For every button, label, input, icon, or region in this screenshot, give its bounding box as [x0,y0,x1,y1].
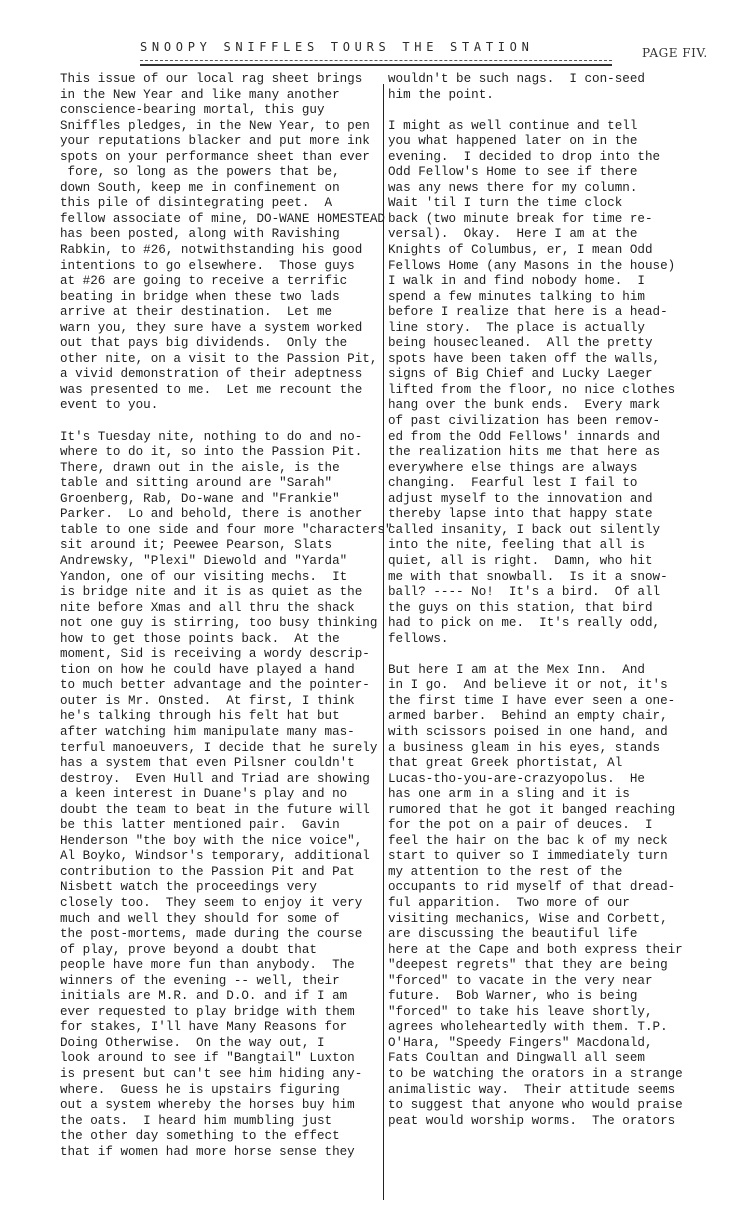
text-line: called insanity, I back out silently [388,523,718,539]
text-line: back (two minute break for time re- [388,212,718,228]
text-line: a vivid demonstration of their adeptness [60,367,380,383]
text-line: everywhere else things are always [388,461,718,477]
text-line: doubt the team to beat in the future wil… [60,803,380,819]
text-line: are discussing the beautiful life [388,927,718,943]
text-line: adjust myself to the innovation and [388,492,718,508]
text-line: peat would worship worms. The orators [388,1114,718,1130]
right-column: wouldn't be such nags. I con-seedhim the… [388,72,718,1129]
text-line: Wait 'til I turn the time clock [388,196,718,212]
title-underline [140,60,612,66]
text-line: sit around it; Peewee Pearson, Slats [60,538,380,554]
text-line: "deepest regrets" that they are being [388,958,718,974]
text-line: down South, keep me in confinement on [60,181,380,197]
text-line: of play, prove beyond a doubt that [60,943,380,959]
column-divider [383,84,384,1200]
text-line: Lucas-tho-you-are-crazyopolus. He [388,772,718,788]
text-line: that great Greek phortistat, Al [388,756,718,772]
text-line: versal). Okay. Here I am at the [388,227,718,243]
text-line: occupants to rid myself of that dread- [388,880,718,896]
text-line: This issue of our local rag sheet brings [60,72,380,88]
text-line: much and well they should for some of [60,912,380,928]
text-line: future. Bob Warner, who is being [388,989,718,1005]
text-line: contribution to the Passion Pit and Pat [60,865,380,881]
text-line: after watching him manipulate many mas- [60,725,380,741]
text-line: initials are M.R. and D.O. and if I am [60,989,380,1005]
text-line: look around to see if "Bangtail" Luxton [60,1051,380,1067]
text-line: be this latter mentioned pair. Gavin [60,818,380,834]
text-line: "forced" to take his leave shortly, [388,1005,718,1021]
text-line: Yandon, one of our visiting mechs. It [60,570,380,586]
text-line: Groenberg, Rab, Do-wane and "Frankie" [60,492,380,508]
text-line: fellows. [388,632,718,648]
text-line: me with that snowball. Is it a snow- [388,570,718,586]
text-line [388,103,718,119]
text-line: had to pick on me. It's really odd, [388,616,718,632]
text-line: that if women had more horse sense they [60,1145,380,1161]
text-line: Andrewsky, "Plexi" Diewold and "Yarda" [60,554,380,570]
text-line: ball? ---- No! It's a bird. Of all [388,585,718,601]
text-line: "forced" to vacate in the very near [388,974,718,990]
text-line: other nite, on a visit to the Passion Pi… [60,352,380,368]
text-line: was presented to me. Let me recount the [60,383,380,399]
text-line: table and sitting around are "Sarah" [60,476,380,492]
text-line: hang over the bunk ends. Every mark [388,398,718,414]
text-line: the oats. I heard him mumbling just [60,1114,380,1130]
text-line: the post-mortems, made during the course [60,927,380,943]
text-line: the first time I have ever seen a one- [388,694,718,710]
text-line: I might as well continue and tell [388,119,718,135]
text-line: has a system that even Pilsner couldn't [60,756,380,772]
text-line: you what happened later on in the [388,134,718,150]
text-line: tion on how he could have played a hand [60,663,380,679]
text-line: moment, Sid is receiving a wordy descrip… [60,647,380,663]
text-line: destroy. Even Hull and Triad are showing [60,772,380,788]
text-line: But here I am at the Mex Inn. And [388,663,718,679]
text-line: warn you, they sure have a system worked [60,321,380,337]
text-line: with scissors poised in one hand, and [388,725,718,741]
text-line: to suggest that anyone who would praise [388,1098,718,1114]
text-line: Doing Otherwise. On the way out, I [60,1036,380,1052]
text-line: before I realize that here is a head- [388,305,718,321]
text-line: where. Guess he is upstairs figuring [60,1083,380,1099]
text-line: arrive at their destination. Let me [60,305,380,321]
text-line: in the New Year and like many another [60,88,380,104]
page-number: PAGE FIV. [642,46,708,60]
text-line: feel the hair on the bac k of my neck [388,834,718,850]
text-line: Fellows Home (any Masons in the house) [388,259,718,275]
text-line: a business gleam in his eyes, stands [388,741,718,757]
text-line: not one guy is stirring, too busy thinki… [60,616,380,632]
text-line: Knights of Columbus, er, I mean Odd [388,243,718,259]
text-line: into the nite, feeling that all is [388,538,718,554]
text-line: table to one side and four more "charact… [60,523,380,539]
text-line: spots on your performance sheet than eve… [60,150,380,166]
text-line: out a system whereby the horses buy him [60,1098,380,1114]
text-line: in I go. And believe it or not, it's [388,678,718,694]
text-line: terful manoeuvers, I decide that he sure… [60,741,380,757]
text-line: for stakes, I'll have Many Reasons for [60,1020,380,1036]
text-line: the realization hits me that here as [388,445,718,461]
text-line: ever requested to play bridge with them [60,1005,380,1021]
text-line: nite before Xmas and all thru the shack [60,601,380,617]
text-line: beating in bridge when these two lads [60,290,380,306]
text-line: him the point. [388,88,718,104]
text-line [388,647,718,663]
text-line: he's talking through his felt hat but [60,709,380,725]
text-line: where to do it, so into the Passion Pit. [60,445,380,461]
text-line: visiting mechanics, Wise and Corbett, [388,912,718,928]
text-line: at #26 are going to receive a terrific [60,274,380,290]
text-line: ful apparition. Two more of our [388,896,718,912]
text-line: fore, so long as the powers that be, [60,165,380,181]
text-line: lifted from the floor, no nice clothes [388,383,718,399]
text-line: Sniffles pledges, in the New Year, to pe… [60,119,380,135]
text-line: to be watching the orators in a strange [388,1067,718,1083]
text-line: armed barber. Behind an empty chair, [388,709,718,725]
text-line: the other day something to the effect [60,1129,380,1145]
text-line: was any news there for my column. [388,181,718,197]
text-line: thereby lapse into that happy state [388,507,718,523]
text-line: of past civilization has been remov- [388,414,718,430]
text-line: a keen interest in Duane's play and no [60,787,380,803]
text-line: Odd Fellow's Home to see if there [388,165,718,181]
text-line: wouldn't be such nags. I con-seed [388,72,718,88]
text-line: rumored that he got it banged reaching [388,803,718,819]
text-line: Henderson "the boy with the nice voice", [60,834,380,850]
text-line: is bridge nite and it is as quiet as the [60,585,380,601]
text-line: out that pays big dividends. Only the [60,336,380,352]
text-line: intentions to go elsewhere. Those guys [60,259,380,275]
text-line: has one arm in a sling and it is [388,787,718,803]
text-line: is present but can't see him hiding any- [60,1067,380,1083]
text-line: It's Tuesday nite, nothing to do and no- [60,430,380,446]
text-line: how to get those points back. At the [60,632,380,648]
text-line: fellow associate of mine, DO-WANE HOMEST… [60,212,380,228]
text-line: conscience-bearing mortal, this guy [60,103,380,119]
left-column: This issue of our local rag sheet brings… [60,72,380,1160]
text-line: people have more fun than anybody. The [60,958,380,974]
text-line: closely too. They seem to enjoy it very [60,896,380,912]
text-line: the guys on this station, that bird [388,601,718,617]
text-line: signs of Big Chief and Lucky Laeger [388,367,718,383]
text-line: quiet, all is right. Damn, who hit [388,554,718,570]
text-line: line story. The place is actually [388,321,718,337]
text-line: start to quiver so I immediately turn [388,849,718,865]
text-line: evening. I decided to drop into the [388,150,718,166]
text-line: O'Hara, "Speedy Fingers" Macdonald, [388,1036,718,1052]
text-line: Parker. Lo and behold, there is another [60,507,380,523]
text-line: spots have been taken off the walls, [388,352,718,368]
text-line: for the pot on a pair of deuces. I [388,818,718,834]
text-line: Fats Coultan and Dingwall all seem [388,1051,718,1067]
text-line: Al Boyko, Windsor's temporary, additiona… [60,849,380,865]
text-line: Nisbett watch the proceedings very [60,880,380,896]
text-line: here at the Cape and both express their [388,943,718,959]
text-line: changing. Fearful lest I fail to [388,476,718,492]
text-line: being housecleaned. All the pretty [388,336,718,352]
text-line [60,414,380,430]
text-line: spend a few minutes talking to him [388,290,718,306]
text-line: ed from the Odd Fellows' innards and [388,430,718,446]
text-line: animalistic way. Their attitude seems [388,1083,718,1099]
text-line: winners of the evening -- well, their [60,974,380,990]
text-line: event to you. [60,398,380,414]
text-line: There, drawn out in the aisle, is the [60,461,380,477]
text-line: to much better advantage and the pointer… [60,678,380,694]
text-line: agrees wholeheartedly with them. T.P. [388,1020,718,1036]
text-line: my attention to the rest of the [388,865,718,881]
text-line: Rabkin, to #26, notwithstanding his good [60,243,380,259]
text-line: outer is Mr. Onsted. At first, I think [60,694,380,710]
page-title: SNOOPY SNIFFLES TOURS THE STATION [140,40,620,54]
text-line: this pile of disintegrating peet. A [60,196,380,212]
text-line: has been posted, along with Ravishing [60,227,380,243]
text-line: I walk in and find nobody home. I [388,274,718,290]
newsletter-page: SNOOPY SNIFFLES TOURS THE STATION PAGE F… [0,0,750,1227]
text-line: your reputations blacker and put more in… [60,134,380,150]
